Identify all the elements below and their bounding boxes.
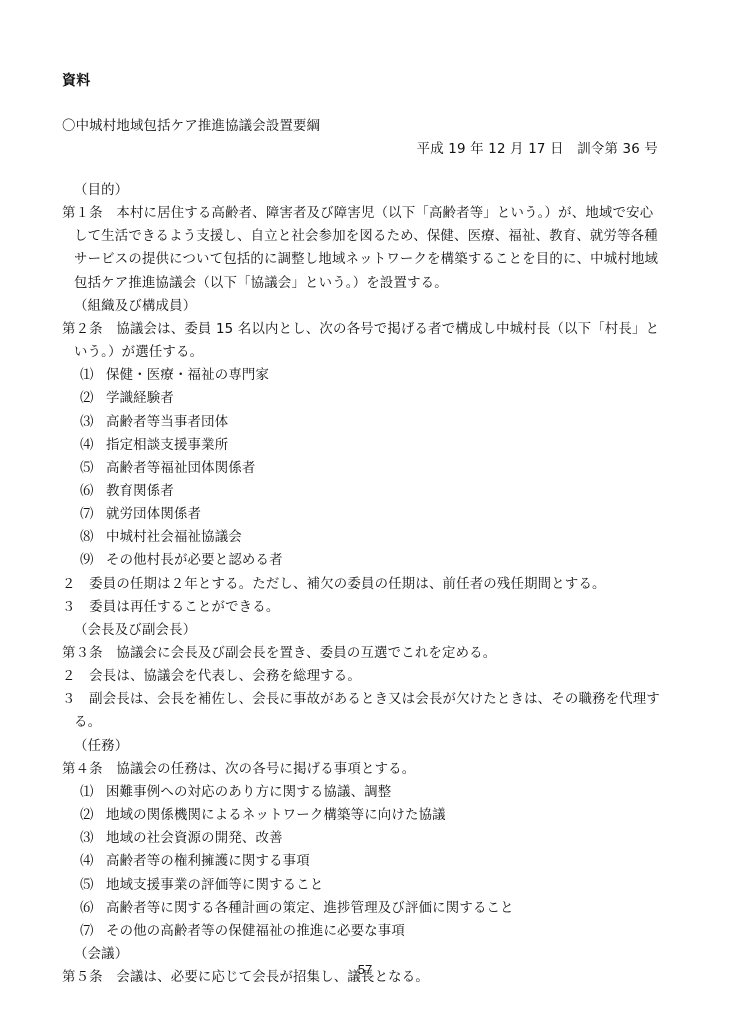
paragraph-continuation: る。 bbox=[74, 714, 101, 732]
list-item-number: ⑵ bbox=[80, 807, 106, 825]
list-item: ⑹教育関係者 bbox=[80, 483, 174, 501]
section-caption: （目的） bbox=[74, 182, 128, 200]
list-item: ⑴困難事例への対応のあり方に関する協議、調整 bbox=[80, 784, 391, 802]
section-caption: （任務） bbox=[74, 738, 128, 756]
list-item-text: 地域の関係機関によるネットワーク構築等に向けた協議 bbox=[106, 808, 446, 823]
list-item-number: ⑵ bbox=[80, 390, 106, 408]
article-paragraph: ３ 副会長は、会長を補佐し、会長に事故があるとき又は会長が欠けたときは、その職務… bbox=[62, 691, 660, 709]
article-paragraph: ２ 委員の任期は２年とする。ただし、補欠の委員の任期は、前任者の残任期間とする。 bbox=[62, 576, 606, 594]
paragraph-continuation: 包括ケア推進協議会（以下「協議会」という。）を設置する。 bbox=[74, 275, 448, 293]
list-item: ⑷高齢者等の権利擁護に関する事項 bbox=[80, 853, 310, 871]
list-item-text: 就労団体関係者 bbox=[106, 507, 201, 522]
list-item: ⑹高齢者等に関する各種計画の策定、進捗管理及び評価に関すること bbox=[80, 900, 514, 918]
list-item-text: 指定相談支援事業所 bbox=[106, 438, 228, 453]
list-item-text: 地域の社会資源の開発、改善 bbox=[106, 831, 283, 846]
section-caption: （会長及び副会長） bbox=[74, 622, 196, 640]
list-item-number: ⑺ bbox=[80, 923, 106, 941]
date-reference: 平成 19 年 12 月 17 日 訓令第 36 号 bbox=[417, 141, 658, 159]
list-item: ⑴保健・医療・福祉の専門家 bbox=[80, 367, 269, 385]
list-item-number: ⑷ bbox=[80, 853, 106, 871]
list-item: ⑼その他村長が必要と認める者 bbox=[80, 552, 283, 570]
list-item-number: ⑷ bbox=[80, 437, 106, 455]
list-item-text: 中城村社会福祉協議会 bbox=[106, 530, 242, 545]
list-item: ⑵地域の関係機関によるネットワーク構築等に向けた協議 bbox=[80, 807, 446, 825]
list-item: ⑸高齢者等福祉団体関係者 bbox=[80, 460, 256, 478]
paragraph-continuation: して生活できるよう支援し、自立と社会参加を図るため、保健、医療、福祉、教育、就労… bbox=[74, 228, 658, 246]
paragraph-continuation: いう。）が選任する。 bbox=[74, 344, 203, 362]
article-paragraph: ３ 委員は再任することができる。 bbox=[62, 599, 279, 617]
list-item: ⑺その他の高齢者等の保健福祉の推進に必要な事項 bbox=[80, 923, 405, 941]
list-item: ⑸地域支援事業の評価等に関すること bbox=[80, 877, 323, 895]
list-item-text: 高齢者等の権利擁護に関する事項 bbox=[106, 854, 310, 869]
list-item-text: 高齢者等当事者団体 bbox=[106, 415, 228, 430]
article-paragraph: ２ 会長は、協議会を代表し、会務を総理する。 bbox=[62, 668, 361, 686]
list-item-text: 教育関係者 bbox=[106, 484, 174, 499]
list-item: ⑷指定相談支援事業所 bbox=[80, 437, 228, 455]
list-item-number: ⑺ bbox=[80, 506, 106, 524]
article-paragraph: 第２条 協議会は、委員 15 名以内とし、次の各号で掲げる者で構成し中城村長（以… bbox=[62, 321, 659, 339]
list-item-number: ⑴ bbox=[80, 367, 106, 385]
section-caption: （組織及び構成員） bbox=[74, 298, 196, 316]
list-item: ⑵学識経験者 bbox=[80, 390, 174, 408]
list-item: ⑺就労団体関係者 bbox=[80, 506, 201, 524]
list-item-text: 地域支援事業の評価等に関すること bbox=[106, 878, 323, 893]
list-item-number: ⑶ bbox=[80, 830, 106, 848]
list-item-text: 高齢者等福祉団体関係者 bbox=[106, 461, 256, 476]
list-item-number: ⑸ bbox=[80, 460, 106, 478]
document-label: 資料 bbox=[62, 72, 90, 90]
list-item-number: ⑼ bbox=[80, 552, 106, 570]
list-item-text: その他村長が必要と認める者 bbox=[106, 553, 283, 568]
list-item-number: ⑶ bbox=[80, 414, 106, 432]
list-item-number: ⑸ bbox=[80, 877, 106, 895]
article-paragraph: 第４条 協議会の任務は、次の各号に掲げる事項とする。 bbox=[62, 761, 415, 779]
document-page: 資料 〇中城村地域包括ケア推進協議会設置要綱 平成 19 年 12 月 17 日… bbox=[0, 0, 730, 1032]
article-paragraph: 第３条 協議会に会長及び副会長を置き、委員の互選でこれを定める。 bbox=[62, 645, 496, 663]
list-item-number: ⑻ bbox=[80, 529, 106, 547]
paragraph-continuation: サービスの提供について包括的に調整し地域ネットワークを構築することを目的に、中城… bbox=[74, 251, 658, 269]
list-item: ⑻中城村社会福祉協議会 bbox=[80, 529, 242, 547]
list-item-text: 学識経験者 bbox=[106, 391, 174, 406]
list-item-number: ⑹ bbox=[80, 483, 106, 501]
list-item-text: 高齢者等に関する各種計画の策定、進捗管理及び評価に関すること bbox=[106, 901, 514, 916]
list-item-number: ⑹ bbox=[80, 900, 106, 918]
list-item-text: その他の高齢者等の保健福祉の推進に必要な事項 bbox=[106, 924, 405, 939]
list-item-number: ⑴ bbox=[80, 784, 106, 802]
article-paragraph: 第１条 本村に居住する高齢者、障害者及び障害児（以下「高齢者等」という。）が、地… bbox=[62, 205, 653, 223]
list-item-text: 困難事例への対応のあり方に関する協議、調整 bbox=[106, 785, 391, 800]
page-number: 57 bbox=[0, 962, 730, 977]
list-item: ⑶高齢者等当事者団体 bbox=[80, 414, 228, 432]
list-item: ⑶地域の社会資源の開発、改善 bbox=[80, 830, 283, 848]
list-item-text: 保健・医療・福祉の専門家 bbox=[106, 368, 269, 383]
document-title: 〇中城村地域包括ケア推進協議会設置要綱 bbox=[62, 118, 320, 136]
